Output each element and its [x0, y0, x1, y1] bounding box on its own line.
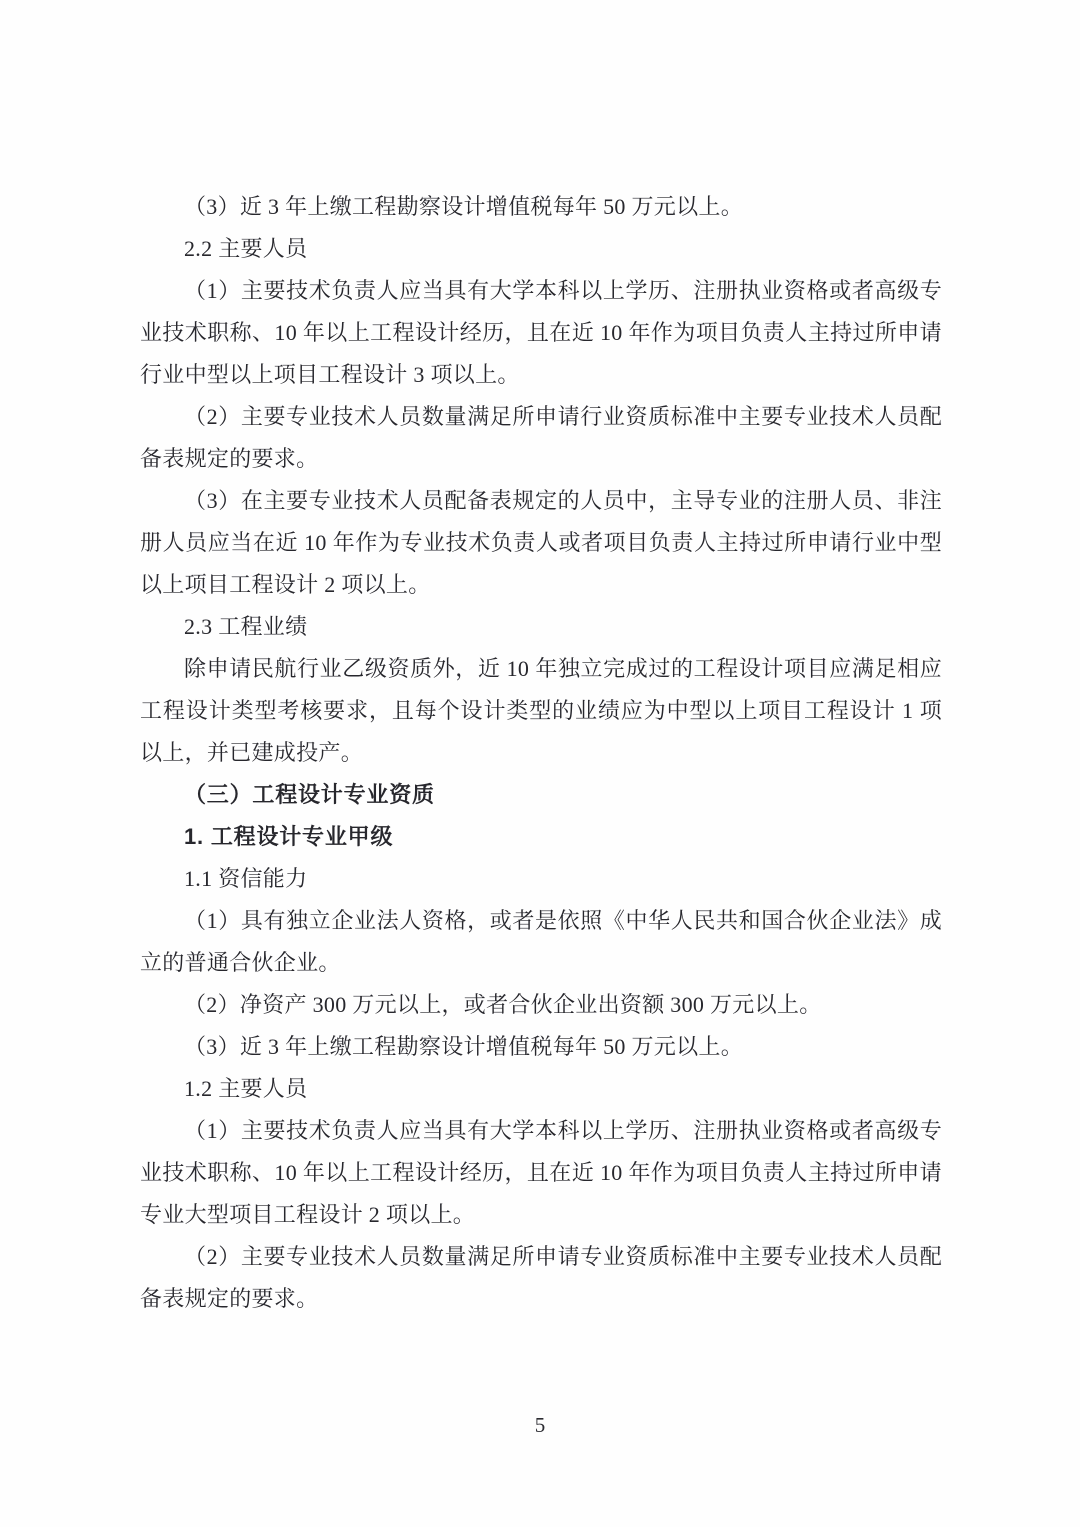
doc-paragraph: （1）主要技术负责人应当具有大学本科以上学历、注册执业资格或者高级专业技术职称、…: [140, 270, 942, 396]
section-heading: （三）工程设计专业资质: [140, 774, 942, 816]
doc-paragraph: （1）具有独立企业法人资格，或者是依照《中华人民共和国合伙企业法》成立的普通合伙…: [140, 900, 942, 984]
doc-paragraph: 2.2 主要人员: [140, 228, 942, 270]
doc-paragraph: （2）主要专业技术人员数量满足所申请行业资质标准中主要专业技术人员配备表规定的要…: [140, 396, 942, 480]
doc-paragraph: 除申请民航行业乙级资质外，近 10 年独立完成过的工程设计项目应满足相应工程设计…: [140, 648, 942, 774]
doc-paragraph: （2）主要专业技术人员数量满足所申请专业资质标准中主要专业技术人员配备表规定的要…: [140, 1236, 942, 1320]
doc-paragraph: 2.3 工程业绩: [140, 606, 942, 648]
doc-paragraph: （3）近 3 年上缴工程勘察设计增值税每年 50 万元以上。: [140, 1026, 942, 1068]
doc-paragraph: （2）净资产 300 万元以上，或者合伙企业出资额 300 万元以上。: [140, 984, 942, 1026]
doc-paragraph: （3）在主要专业技术人员配备表规定的人员中，主导专业的注册人员、非注册人员应当在…: [140, 480, 942, 606]
doc-paragraph: 1.2 主要人员: [140, 1068, 942, 1110]
document-body: （3）近 3 年上缴工程勘察设计增值税每年 50 万元以上。 2.2 主要人员 …: [140, 186, 942, 1320]
doc-paragraph: （3）近 3 年上缴工程勘察设计增值税每年 50 万元以上。: [140, 186, 942, 228]
doc-paragraph: 1.1 资信能力: [140, 858, 942, 900]
doc-paragraph: （1）主要技术负责人应当具有大学本科以上学历、注册执业资格或者高级专业技术职称、…: [140, 1110, 942, 1236]
page-number: 5: [0, 1404, 1080, 1446]
document-page: （3）近 3 年上缴工程勘察设计增值税每年 50 万元以上。 2.2 主要人员 …: [0, 0, 1080, 1527]
section-heading: 1. 工程设计专业甲级: [140, 816, 942, 858]
